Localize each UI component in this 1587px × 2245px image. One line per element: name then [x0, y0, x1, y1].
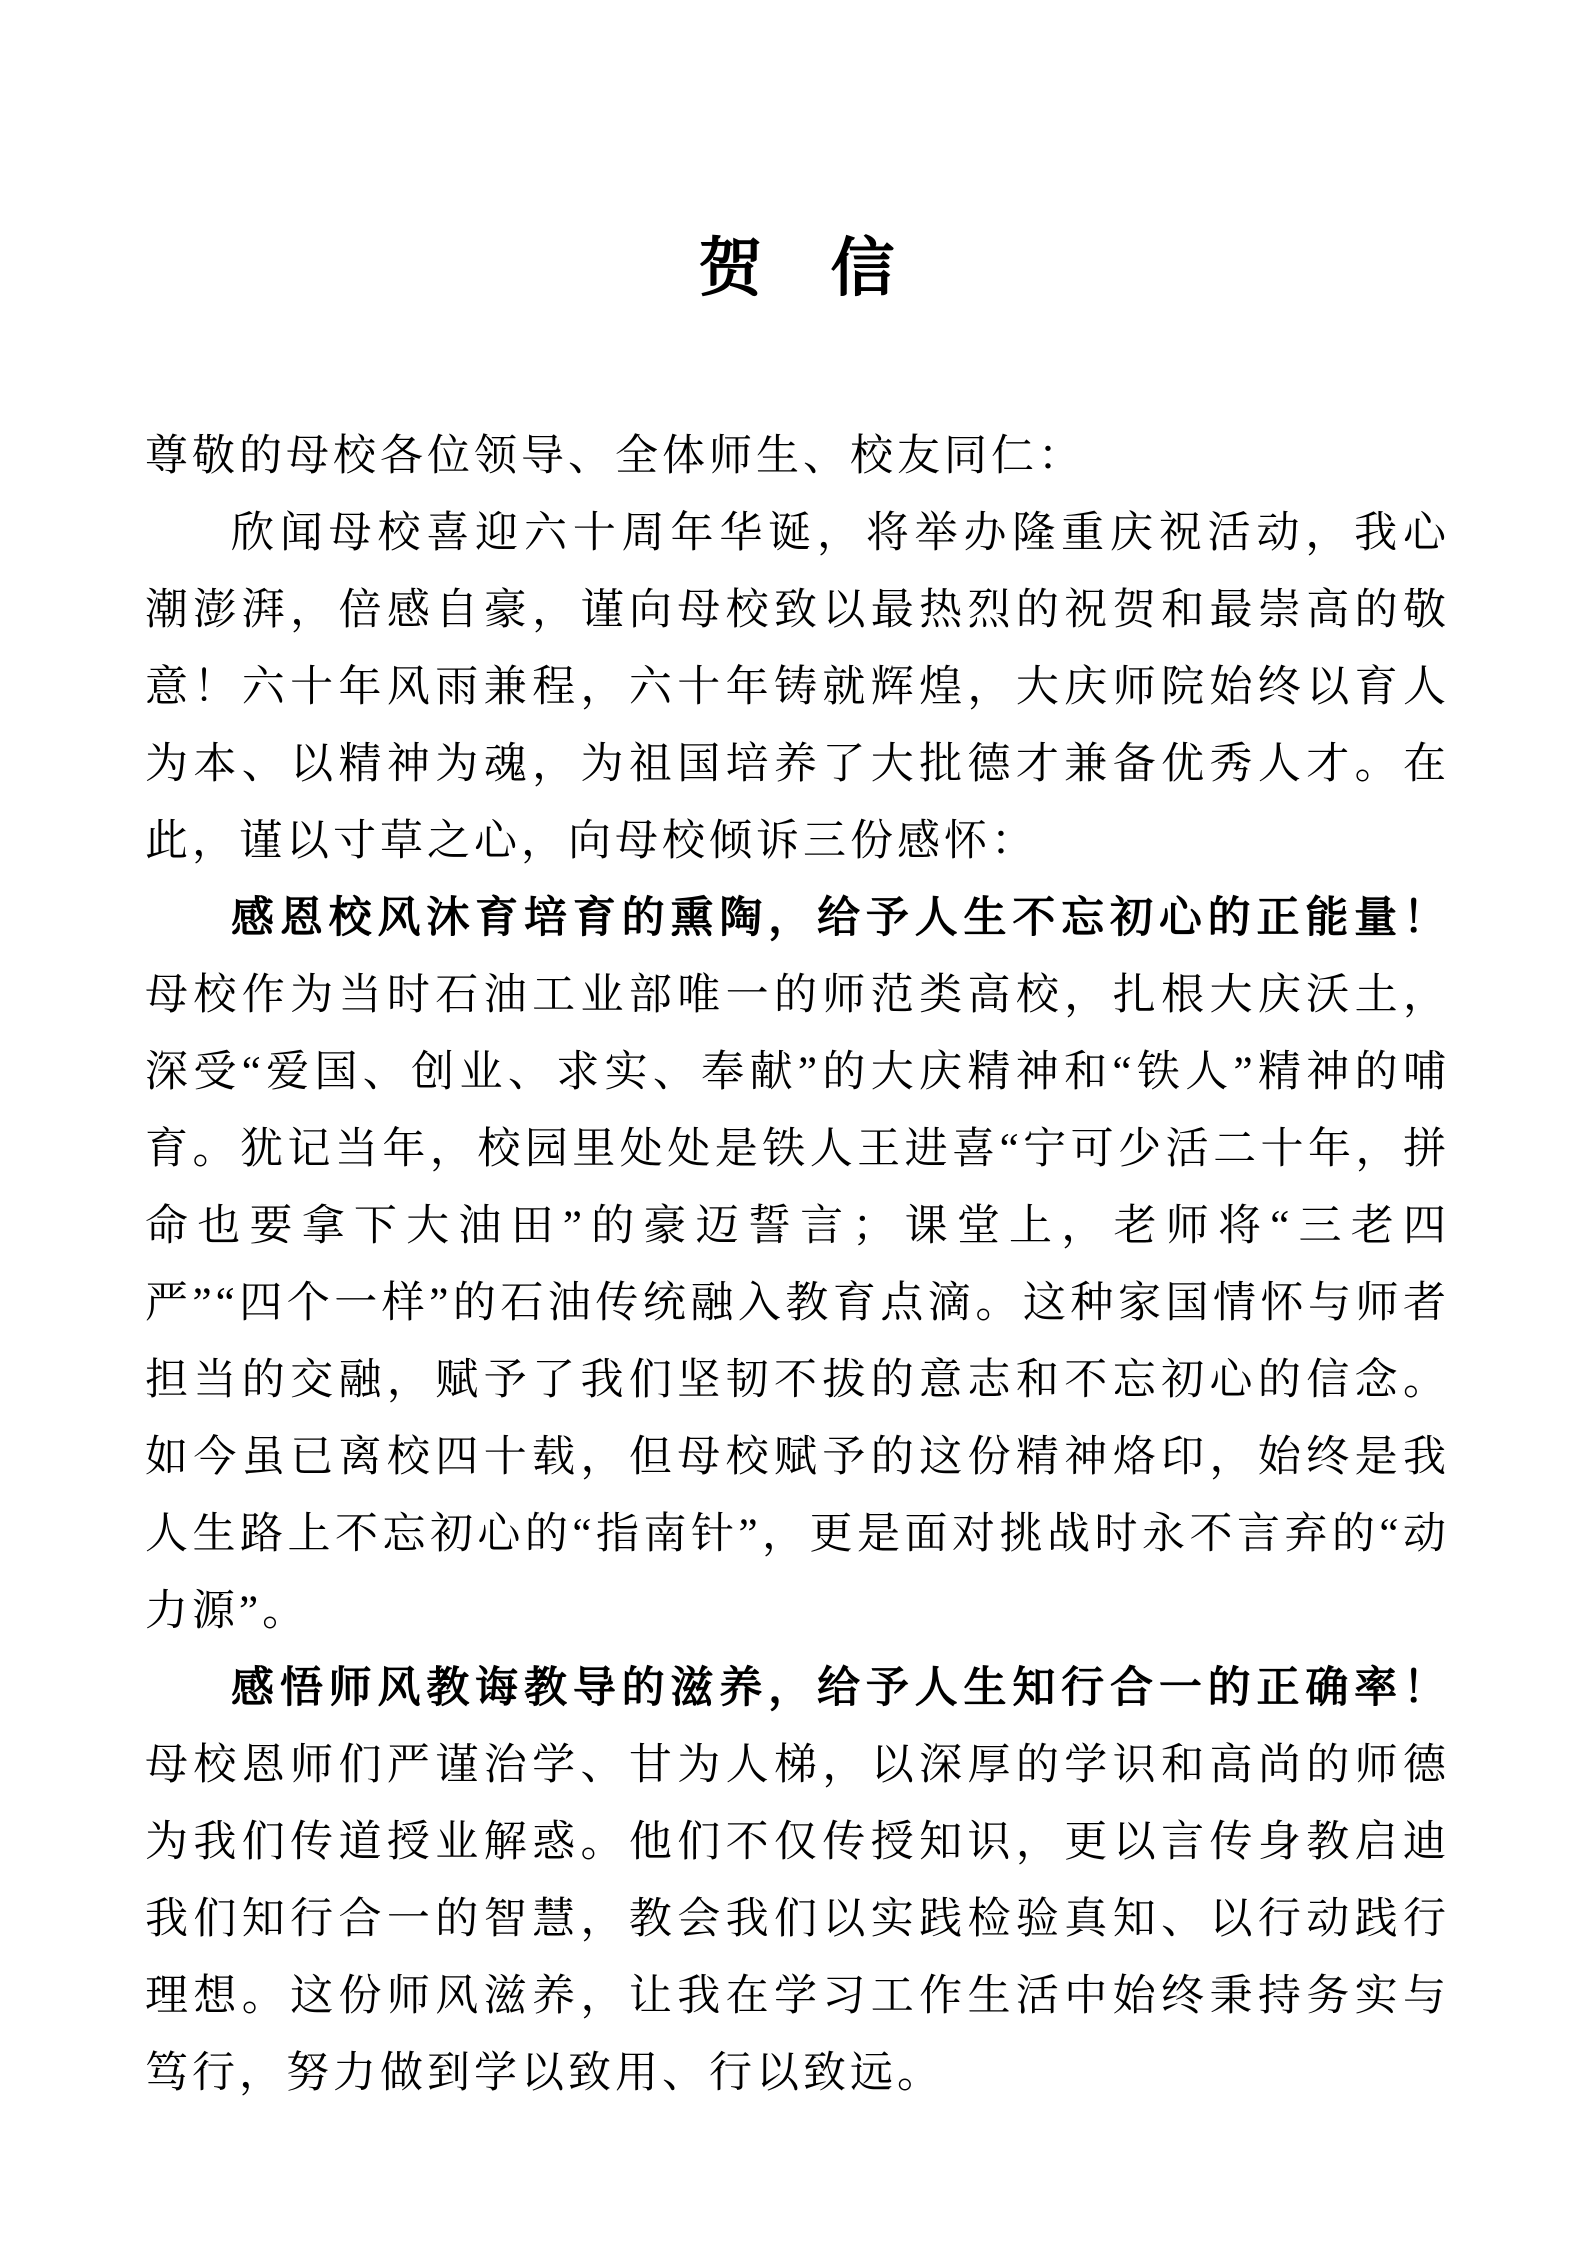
paragraph: 感恩校风沐育培育的熏陶，给予人生不忘初心的正能量！母校作为当时石油工业部唯一的师…: [145, 880, 1450, 1650]
paragraph-lead: 感悟师风教诲教导的滋养，给予人生知行合一的正确率！: [231, 1664, 1450, 1712]
salutation: 尊敬的母校各位领导、全体师生、校友同仁：: [145, 418, 1450, 495]
paragraph-text: 母校作为当时石油工业部唯一的师范类高校，扎根大庆沃土，深受“爱国、创业、求实、奉…: [145, 972, 1450, 1635]
paragraph-text: 欣闻母校喜迎六十周年华诞，将举办隆重庆祝活动，我心潮澎湃，倍感自豪，谨向母校致以…: [145, 510, 1450, 865]
letter-body: 尊敬的母校各位领导、全体师生、校友同仁： 欣闻母校喜迎六十周年华诞，将举办隆重庆…: [145, 418, 1450, 2112]
paragraph: 欣闻母校喜迎六十周年华诞，将举办隆重庆祝活动，我心潮澎湃，倍感自豪，谨向母校致以…: [145, 495, 1450, 880]
paragraph-lead: 感恩校风沐育培育的熏陶，给予人生不忘初心的正能量！: [231, 894, 1450, 942]
paragraph-text: 母校恩师们严谨治学、甘为人梯，以深厚的学识和高尚的师德为我们传道授业解惑。他们不…: [145, 1742, 1450, 2097]
document-page: 贺 信 尊敬的母校各位领导、全体师生、校友同仁： 欣闻母校喜迎六十周年华诞，将举…: [0, 0, 1587, 2245]
page-title: 贺 信: [145, 232, 1450, 306]
paragraph: 感悟师风教诲教导的滋养，给予人生知行合一的正确率！母校恩师们严谨治学、甘为人梯，…: [145, 1650, 1450, 2112]
